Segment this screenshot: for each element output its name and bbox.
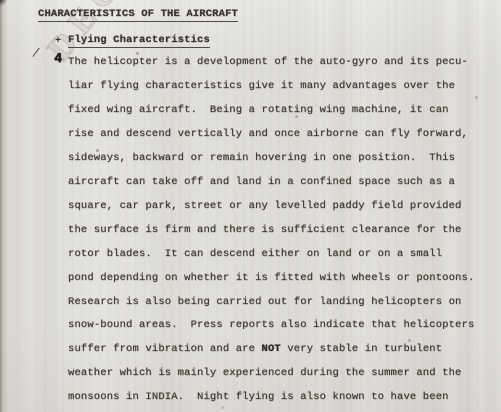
document-line: Research is also being carried out for l… <box>68 296 462 308</box>
document-line: aircraft can take off and land in a conf… <box>68 176 455 188</box>
document-line: sideways, backward or remain hovering in… <box>68 152 455 164</box>
document-line: weather which is mainly experienced duri… <box>68 367 462 379</box>
section-heading: Flying Characteristics <box>68 34 210 48</box>
document-line: fixed wing aircraft. Being a rotating wi… <box>68 104 449 116</box>
document-line: pond depending on whether it is fitted w… <box>68 272 474 284</box>
document-line: The helicopter is a development of the a… <box>68 56 468 68</box>
document-line: rotor blades. It can descend either on l… <box>68 248 442 260</box>
document-line: snow-bound areas. Press reports also ind… <box>68 319 474 331</box>
page-title: CHARACTERISTICS OF THE AIRCRAFT <box>38 8 238 22</box>
scanned-document-page: DECL / + 4 CHARACTERISTICS OF THE AIRCRA… <box>0 0 501 412</box>
document-line: liar flying characteristics give it many… <box>68 80 455 92</box>
document-line: the surface is firm and there is suffici… <box>68 224 462 236</box>
document-line: monsoons in INDIA. Night flying is also … <box>68 391 449 403</box>
paper-specks <box>0 0 1 1</box>
document-line: square, car park, street or any levelled… <box>68 200 462 212</box>
document-line: rise and descend vertically and once air… <box>68 128 468 140</box>
document-text-block: CHARACTERISTICS OF THE AIRCRAFTFlying Ch… <box>0 0 501 412</box>
document-line: suffer from vibration and are NOT very s… <box>68 343 442 355</box>
